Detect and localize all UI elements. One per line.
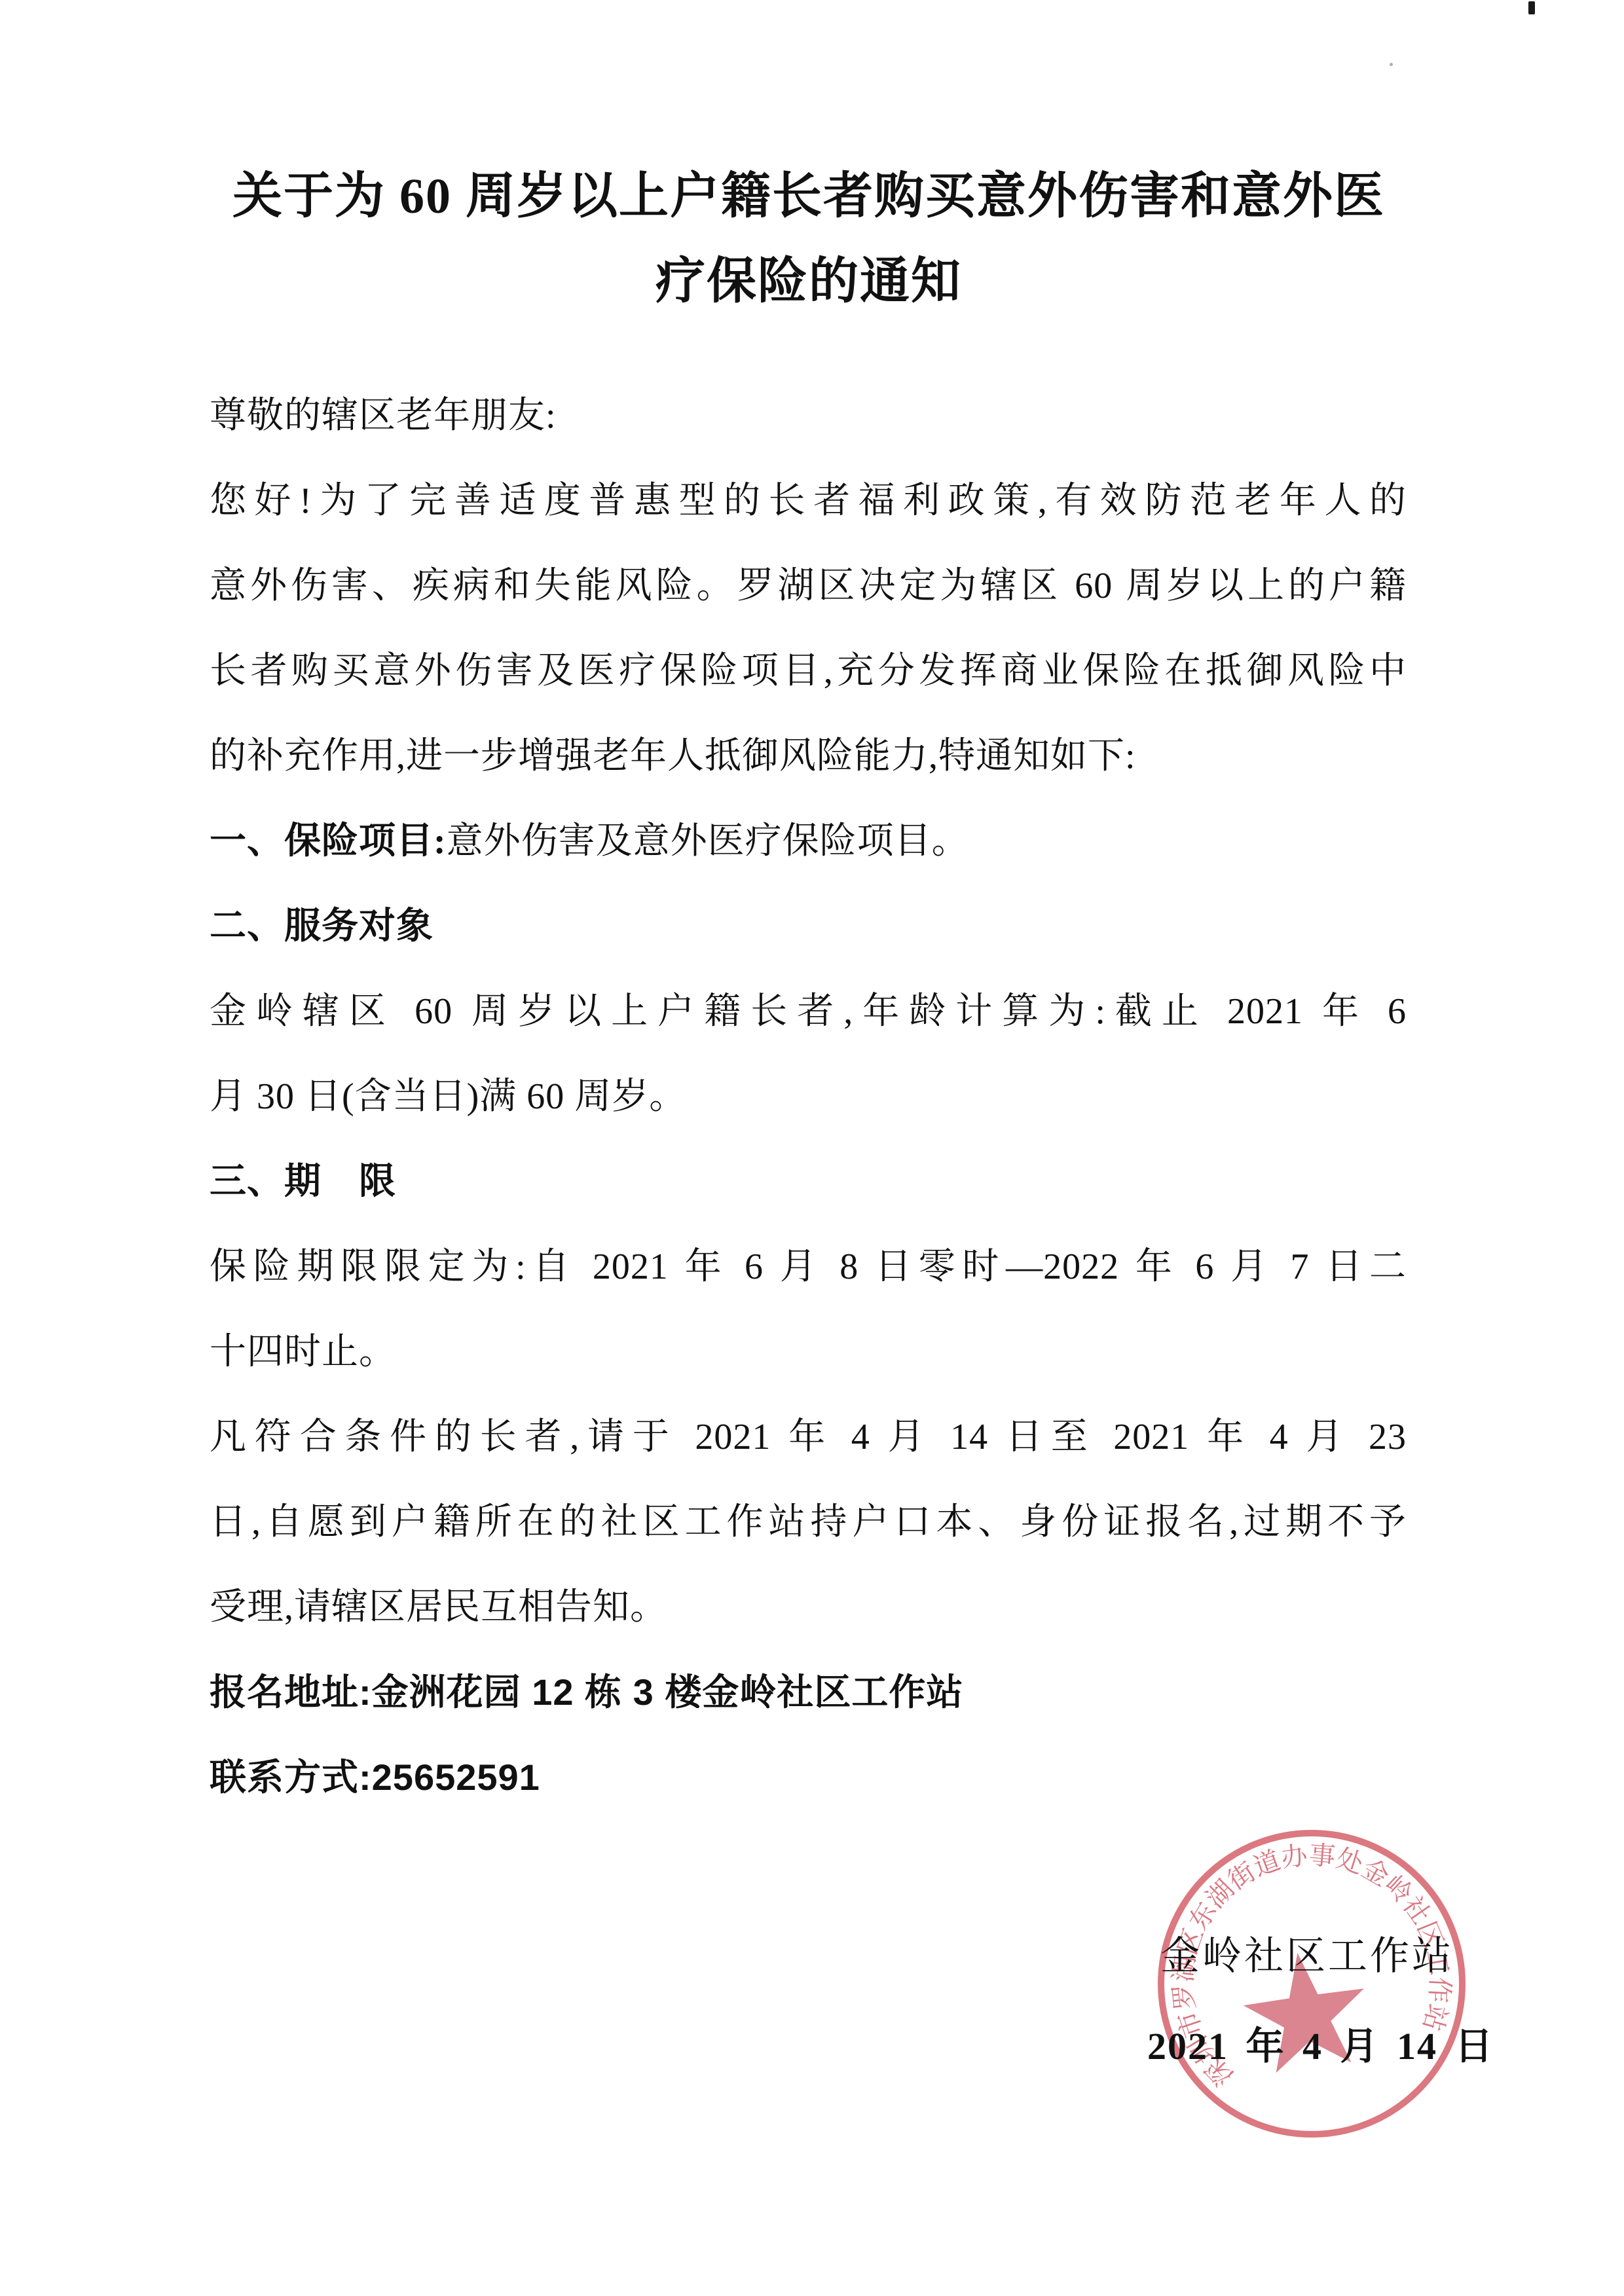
body-line-p3-2: 十四时止。 [210, 1332, 1407, 1417]
document-title: 关于为 60 周岁以上户籍长者购买意外伤害和意外医 疗保险的通知 [210, 154, 1408, 324]
signature-date: 2021 年 4 月 14 日 [1147, 2015, 1494, 2070]
section-1-heading: 一、保险项目: [210, 821, 447, 862]
body-line-p4-2: 日,自愿到户籍所在的社区工作站持户口本、身份证报名,过期不予 [210, 1502, 1407, 1587]
section-1-text: 意外伤害及意外医疗保险项目。 [447, 821, 969, 862]
body-line-p1-1: 您好!为了完善适度普惠型的长者福利政策,有效防范老年人的 [210, 481, 1407, 566]
section-3-heading: 三、期 限 [210, 1161, 1407, 1247]
body-line-p2-1: 金岭辖区 60 周岁以上户籍长者,年龄计算为:截止 2021 年 6 [210, 991, 1407, 1076]
body-line-p2-2: 月 30 日(含当日)满 60 周岁。 [210, 1076, 1407, 1161]
official-seal-stamp: 深圳市罗湖区东湖街道办事处金岭社区工作站 [1139, 1812, 1486, 2159]
address-line: 报名地址:金洲花园 12 栋 3 楼金岭社区工作站 [210, 1672, 1407, 1757]
scan-speck-icon [1390, 63, 1393, 66]
body-line-p3-1: 保险期限限定为:自 2021 年 6 月 8 日零时—2022 年 6 月 7 … [210, 1247, 1407, 1332]
document-title-line-1: 关于为 60 周岁以上户籍长者购买意外伤害和意外医 [210, 154, 1408, 239]
body-line-p1-2: 意外伤害、疾病和失能风险。罗湖区决定为辖区 60 周岁以上的户籍 [210, 566, 1407, 651]
document-page: 关于为 60 周岁以上户籍长者购买意外伤害和意外医 疗保险的通知 尊敬的辖区老年… [0, 0, 1624, 2296]
body-line-p4-1: 凡符合条件的长者,请于 2021 年 4 月 14 日至 2021 年 4 月 … [210, 1417, 1407, 1502]
section-1-line: 一、保险项目:意外伤害及意外医疗保险项目。 [210, 821, 1407, 906]
signature-name: 金岭社区工作站 [1160, 1925, 1454, 1981]
body-line-p1-3: 长者购买意外伤害及医疗保险项目,充分发挥商业保险在抵御风险中 [210, 651, 1407, 736]
scan-speck-icon [1528, 1, 1535, 14]
document-title-line-2: 疗保险的通知 [210, 239, 1408, 324]
body-line-p4-3: 受理,请辖区居民互相告知。 [210, 1587, 1407, 1672]
salutation-line: 尊敬的辖区老年朋友: [210, 395, 1407, 481]
body-line-p1-4: 的补充作用,进一步增强老年人抵御风险能力,特通知如下: [210, 736, 1407, 821]
section-2-heading: 二、服务对象 [210, 906, 1407, 991]
